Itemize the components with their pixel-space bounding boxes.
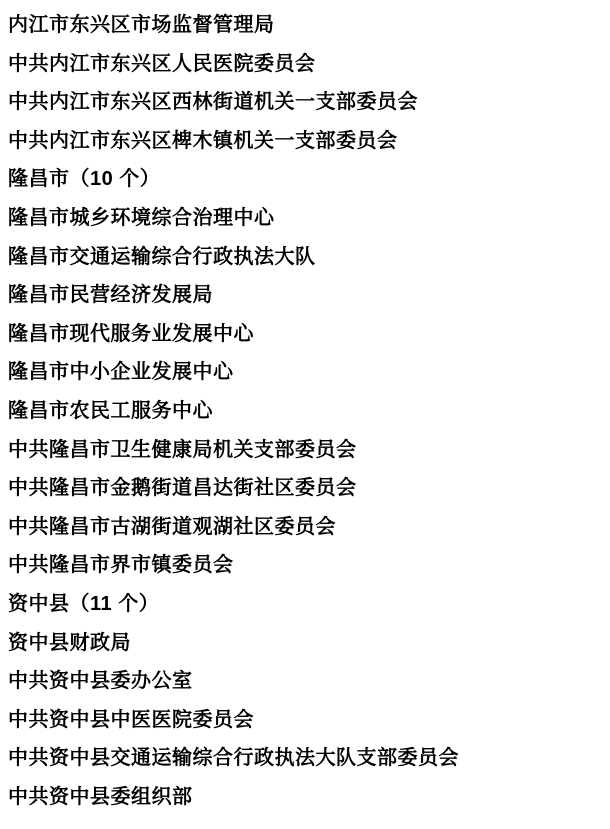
list-item: 中共内江市东兴区人民医院委员会 xyxy=(8,45,600,84)
list-item: 隆昌市中小企业发展中心 xyxy=(8,353,600,392)
list-item: 中共内江市东兴区椑木镇机关一支部委员会 xyxy=(8,122,600,161)
list-item: 隆昌市城乡环境综合治理中心 xyxy=(8,199,600,238)
list-item: 中共隆昌市卫生健康局机关支部委员会 xyxy=(8,431,600,470)
list-item: 中共资中县委组织部 xyxy=(8,778,600,817)
list-item: 隆昌市现代服务业发展中心 xyxy=(8,315,600,354)
list-item: 中共资中县委办公室 xyxy=(8,662,600,701)
list-item: 中共隆昌市金鹅街道昌达街社区委员会 xyxy=(8,469,600,508)
list-item: 隆昌市农民工服务中心 xyxy=(8,392,600,431)
list-item: 中共内江市东兴区西林街道机关一支部委员会 xyxy=(8,83,600,122)
section-header: 隆昌市（10 个） xyxy=(8,160,600,199)
list-item: 中共资中县中医医院委员会 xyxy=(8,701,600,740)
list-item: 资中县财政局 xyxy=(8,624,600,663)
list-item: 隆昌市交通运输综合行政执法大队 xyxy=(8,238,600,277)
document-page: 内江市东兴区市场监督管理局中共内江市东兴区人民医院委员会中共内江市东兴区西林街道… xyxy=(0,0,610,829)
list-item: 中共资中县交通运输综合行政执法大队支部委员会 xyxy=(8,739,600,778)
list-item: 隆昌市民营经济发展局 xyxy=(8,276,600,315)
org-list: 内江市东兴区市场监督管理局中共内江市东兴区人民医院委员会中共内江市东兴区西林街道… xyxy=(8,6,600,816)
section-header: 资中县（11 个） xyxy=(8,585,600,624)
list-item: 中共隆昌市古湖街道观湖社区委员会 xyxy=(8,508,600,547)
list-item: 中共隆昌市界市镇委员会 xyxy=(8,546,600,585)
list-item: 内江市东兴区市场监督管理局 xyxy=(8,6,600,45)
